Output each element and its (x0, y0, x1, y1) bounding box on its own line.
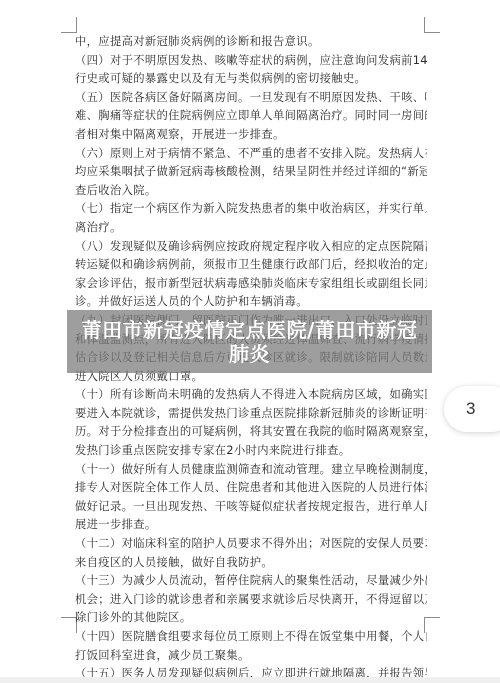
title-overlay-banner: 莆田市新冠疫情定点医院/莆田市新冠肺炎 (67, 310, 432, 373)
document-text-line: （五）医院各病区备好隔离房间。一旦发现有不明原因发热、干咳、呼吸困 (75, 89, 427, 108)
bottom-bar (0, 677, 500, 683)
document-text-line: 转运疑似和确诊病例前，须报市卫生健康行政部门后，经拟收治的定点医院专 (75, 256, 427, 275)
document-text-line: 均应采集咽拭子做新冠病毒核酸检测，结果呈阴性并经过详细的“新冠肺炎”排 (75, 163, 427, 182)
document-text-line: 排专人对医院全体工作人员、住院患者和其他进入医院的人员进行体温检测并 (75, 479, 427, 498)
overlay-title: 莆田市新冠疫情定点医院/莆田市新冠肺炎 (67, 318, 432, 366)
document-text-line: （四）对于不明原因发热、咳嗽等症状的病例，应注意询问发病前14天内的旅 (75, 52, 427, 71)
document-text-line: 除门诊外的其他院区。 (75, 609, 427, 628)
document-text-line: （十）所有诊断尚未明确的发热病人不得进入本院病房区域，如确实因病情需 (75, 386, 427, 405)
crop-mark-top-left (61, 17, 77, 33)
document-text-line: （七）指定一个病区作为新入院发热患者的集中收治病区，并实行单人单房隔 (75, 200, 427, 219)
document-text-line: 打饭回科室进食，减少员工聚集。 (75, 647, 427, 666)
document-text-line: 家会诊评估，报市新型冠状病毒感染肺炎临床专家组组长或副组长同意后再转 (75, 275, 427, 294)
document-text-line: 中，应提高对新冠肺炎病例的诊断和报告意识。 (75, 33, 427, 52)
document-text-line: 展进一步排查。 (75, 516, 427, 535)
crop-mark-top-right (424, 17, 440, 33)
document-text-line: 难、胸痛等症状的住院病例应立即单人单间隔离治疗。同时同一房间的其他患 (75, 107, 427, 126)
document-text-line: 发热门诊重点医院安排专家在2小时内来院进行排查。 (75, 442, 427, 461)
document-text-line: （十三）为减少人员流动，暂停住院病人的聚集性活动，尽量减少外出病房的 (75, 572, 427, 591)
page-number-indicator[interactable]: 3 (444, 386, 500, 432)
document-text-line: 机会；进入门诊的就诊患者和亲属要求就诊后尽快离开，不得逗留以及走动到 (75, 591, 427, 610)
document-text-line: （八）发现疑似及确诊病例应按政府规定程序收入相应的定点医院隔离治疗。 (75, 238, 427, 257)
document-text-line: （十二）对临床科室的陪护人员要求不得外出；对医院的安保人员要求不得与 (75, 535, 427, 554)
document-text-line: 要进入本院就诊，需提供发热门诊重点医院排除新冠肺炎的诊断证明书和病 (75, 405, 427, 424)
document-text-line: 来自疫区的人员接触，做好自我防护。 (75, 554, 427, 573)
document-text-line: 做好记录。一旦出现发热、干咳等疑似症状者按规定报告，进行单人隔离并开 (75, 498, 427, 517)
document-text-line: （十四）医院膳食组要求每位员工原则上不得在饭堂集中用餐，个人自带饭盒 (75, 628, 427, 647)
document-text-line: 行史或可疑的暴露史以及有无与类似病例的密切接触史。 (75, 70, 427, 89)
document-text-line: 离治疗。 (75, 219, 427, 238)
current-page-number: 3 (466, 399, 475, 419)
document-viewer[interactable]: 中，应提高对新冠肺炎病例的诊断和报告意识。（四）对于不明原因发热、咳嗽等症状的病… (0, 0, 500, 683)
document-text-line: （十一）做好所有人员健康监测筛查和流动管理。建立早晚检测制度，每日安 (75, 461, 427, 480)
document-page: 中，应提高对新冠肺炎病例的诊断和报告意识。（四）对于不明原因发热、咳嗽等症状的病… (0, 0, 500, 677)
document-text-line: 查后收治入院。 (75, 182, 427, 201)
document-text-line: 者相对集中隔离观察，开展进一步排查。 (75, 126, 427, 145)
document-text-line: 历。对于分检排查出的可疑病例，将其安置在我院的临时隔离观察室，并通知 (75, 423, 427, 442)
document-text-line: （六）原则上对于病情不紧急、不严重的患者不安排入院。发热病人在入院前 (75, 145, 427, 164)
